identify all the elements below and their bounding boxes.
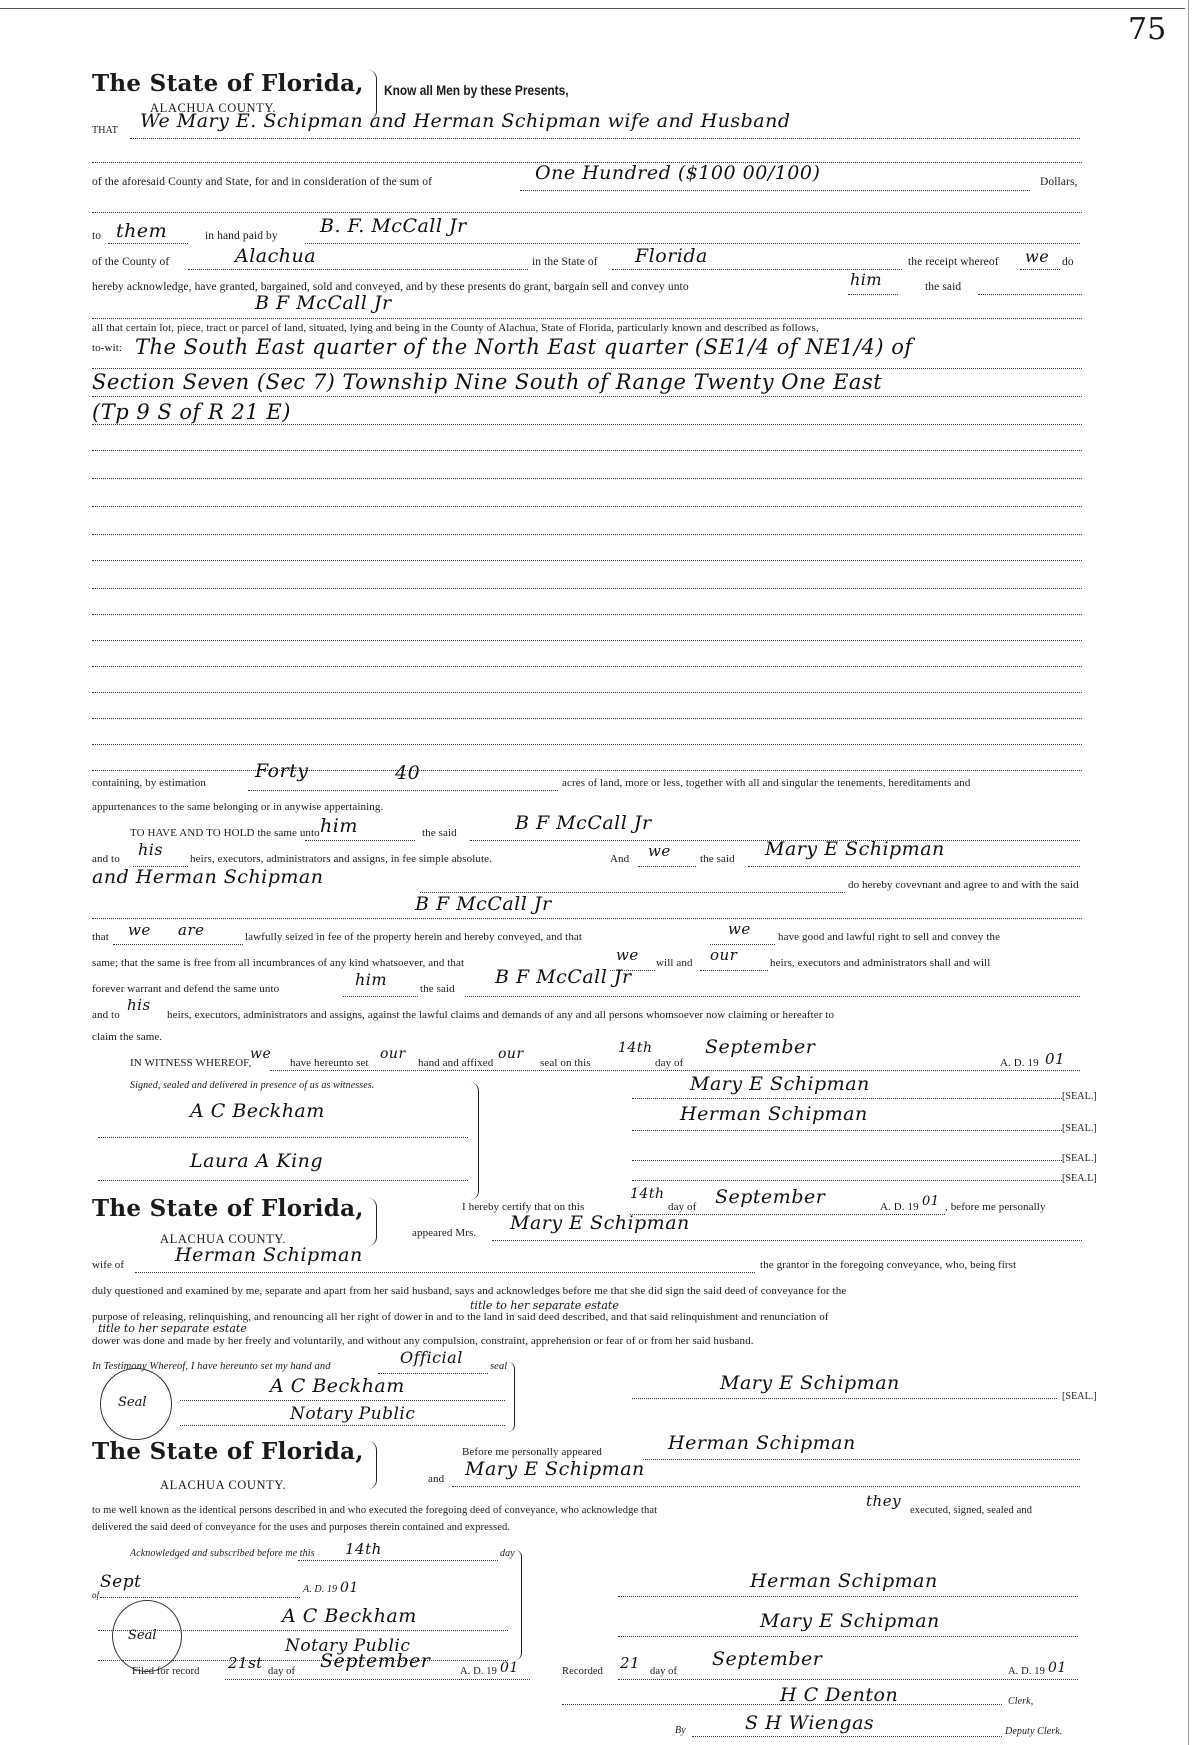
top-border xyxy=(0,8,1185,9)
seal-label-1: [SEAL.] xyxy=(1062,1091,1097,1102)
acres-line-2: appurtenances to the same belonging or i… xyxy=(92,801,383,813)
grantor-field[interactable]: We Mary E. Schipman and Herman Schipman … xyxy=(140,110,791,132)
filed-year-field[interactable]: 01 xyxy=(500,1660,519,1676)
dollars-label: Dollars, xyxy=(1040,176,1078,188)
rule xyxy=(225,1679,530,1680)
seal-on-this-label: seal on this xyxy=(540,1057,591,1069)
rule xyxy=(92,534,1082,535)
recorded-day-of: day of xyxy=(650,1666,677,1677)
recorded-label: Recorded xyxy=(562,1666,603,1677)
consideration-field[interactable]: One Hundred ($100 00/100) xyxy=(535,162,820,184)
heirs-text: heirs, executors, administrators and ass… xyxy=(190,853,492,865)
rule xyxy=(98,1660,508,1661)
land-description-line-2[interactable]: Section Seven (Sec 7) Township Nine Sout… xyxy=(92,370,882,394)
notary-sig-2[interactable]: A C Beckham xyxy=(282,1605,417,1627)
rule xyxy=(130,138,1080,139)
habendum-label: TO HAVE AND TO HOLD the same unto xyxy=(130,827,320,839)
rule xyxy=(92,450,1082,451)
warranty-his-field[interactable]: his xyxy=(127,996,151,1014)
rule xyxy=(638,866,696,867)
his-field[interactable]: his xyxy=(138,840,163,859)
warranty-line-3: forever warrant and defend the same unto xyxy=(92,983,279,995)
seal-stamp-label: Seal xyxy=(118,1395,147,1410)
wife-seal-label: [SEAL.] xyxy=(1062,1391,1097,1402)
rule xyxy=(562,1704,1002,1705)
warranty-are-field[interactable]: are xyxy=(178,921,205,939)
ack-wife-body-1: duly questioned and examined by me, sepa… xyxy=(92,1285,846,1297)
witness-day-field[interactable]: 14th xyxy=(618,1040,652,1056)
rule xyxy=(378,1373,488,1374)
unto-field[interactable]: him xyxy=(850,270,882,289)
hereunto-set-label: have hereunto set xyxy=(290,1057,369,1069)
warranty-line-4: heirs, executors, administrators and ass… xyxy=(167,1009,834,1021)
day-of-label: day of xyxy=(655,1057,683,1069)
covenant-grantee-field[interactable]: B F McCall Jr xyxy=(415,893,552,915)
the-said-label-2: the said xyxy=(700,853,735,865)
ack-both-ad: A. D. 19 xyxy=(303,1584,337,1595)
witness-our-field[interactable]: our xyxy=(380,1046,406,1062)
witness-we-field[interactable]: we xyxy=(250,1046,271,1062)
ack-both-county: ALACHUA COUNTY. xyxy=(160,1478,286,1493)
brace xyxy=(368,1441,377,1489)
warranty-line-1-end: have good and lawful right to sell and c… xyxy=(778,931,1000,943)
acres-number-field[interactable]: 40 xyxy=(395,762,420,784)
ad-label: A. D. 19 xyxy=(1000,1057,1039,1069)
warranty-said-label: the said xyxy=(420,983,455,995)
brace xyxy=(515,1550,522,1660)
recorded-month-field[interactable]: September xyxy=(712,1648,822,1670)
deed-page: 75 The State of Florida, Know all Men by… xyxy=(0,0,1200,1745)
they-field[interactable]: they xyxy=(866,1492,901,1510)
warranty-line-2-end: heirs, executors and administrators shal… xyxy=(770,957,990,969)
rule xyxy=(92,506,1082,507)
warranty-we-field[interactable]: we xyxy=(128,921,151,939)
rule xyxy=(248,790,558,791)
warranty-we3-field[interactable]: we xyxy=(616,946,639,964)
rule xyxy=(98,1180,468,1181)
we-field[interactable]: we xyxy=(648,842,671,860)
right-border xyxy=(1188,0,1189,1745)
rule xyxy=(92,368,1082,369)
land-description-line-1[interactable]: The South East quarter of the North East… xyxy=(135,335,913,359)
rule xyxy=(632,1180,1062,1181)
rule xyxy=(92,692,1082,693)
husband-field[interactable]: Herman Schipman xyxy=(175,1244,363,1266)
warranty-him-field[interactable]: him xyxy=(355,970,387,989)
notary-sig-1[interactable]: A C Beckham xyxy=(270,1375,405,1397)
habendum-said-label: the said xyxy=(422,827,457,839)
ack-both-name-2[interactable]: Mary E Schipman xyxy=(465,1458,645,1480)
rule xyxy=(92,640,1082,641)
habendum-grantee-field[interactable]: B F McCall Jr xyxy=(515,812,652,834)
by-label: By xyxy=(675,1725,686,1736)
rule xyxy=(135,1272,755,1273)
insert-2: title to her separate estate xyxy=(98,1322,247,1335)
ack-both-day-field[interactable]: 14th xyxy=(345,1540,382,1558)
to-label: to xyxy=(92,230,101,242)
rule xyxy=(270,1070,1080,1071)
state-of-label: in the State of xyxy=(532,256,598,268)
of-label: of xyxy=(92,1590,99,1600)
appeared-label: appeared Mrs. xyxy=(412,1227,476,1239)
ack-both-text-2: delivered the said deed of conveyance fo… xyxy=(92,1522,510,1533)
rule xyxy=(180,1425,505,1426)
warranty-grantee-field[interactable]: B F McCall Jr xyxy=(495,966,632,988)
rule xyxy=(710,944,775,945)
brace xyxy=(368,1198,377,1246)
rule xyxy=(113,944,243,945)
day-word: day xyxy=(500,1548,515,1559)
warranty-line-2: same; that the same is free from all inc… xyxy=(92,957,464,969)
rule xyxy=(100,1597,300,1598)
clerk-sig[interactable]: H C Denton xyxy=(780,1684,898,1706)
seal-label-2: [SEAL.] xyxy=(1062,1123,1097,1134)
grantor-text: the grantor in the foregoing conveyance,… xyxy=(760,1259,1016,1271)
notary-title-1: Notary Public xyxy=(290,1404,415,1424)
consideration-text: of the aforesaid County and State, for a… xyxy=(92,176,432,188)
filed-month-field[interactable]: September xyxy=(320,1650,430,1672)
ack-both-state-title: The State of Florida, xyxy=(92,1438,364,1465)
and-label-2: and xyxy=(428,1473,444,1485)
recorded-ad: A. D. 19 xyxy=(1008,1666,1045,1677)
ack-both-text-1a: to me well known as the identical person… xyxy=(92,1505,657,1516)
acres-prefix: containing, by estimation xyxy=(92,777,206,789)
filed-day-field[interactable]: 21st xyxy=(228,1654,263,1672)
ack-wife-month-field[interactable]: September xyxy=(715,1186,825,1208)
rule xyxy=(298,1560,498,1561)
warranty-and-to: and to xyxy=(92,1009,120,1021)
rule xyxy=(92,212,1082,213)
paid-by-label: in hand paid by xyxy=(205,230,278,242)
rule xyxy=(748,866,1080,867)
rule xyxy=(618,1679,1078,1680)
rule xyxy=(1020,269,1060,270)
ack-both-year-field[interactable]: 01 xyxy=(340,1580,359,1596)
filed-label: Filed for record xyxy=(132,1666,200,1677)
brace xyxy=(470,1082,479,1200)
seal-label-3: [SEAL.] xyxy=(1062,1153,1097,1164)
recorded-day-field[interactable]: 21 xyxy=(620,1654,640,1672)
ack-wife-name-field[interactable]: Mary E Schipman xyxy=(510,1212,690,1234)
rule xyxy=(92,588,1082,589)
ack-both-sig-2[interactable]: Mary E Schipman xyxy=(760,1610,940,1632)
to-field[interactable]: them xyxy=(116,220,167,242)
rule xyxy=(632,1130,1062,1131)
do-label: do xyxy=(1062,256,1074,268)
rule xyxy=(632,1398,1057,1399)
acres-words-field[interactable]: Forty xyxy=(255,760,309,782)
ack-wife-state-title: The State of Florida, xyxy=(92,1195,364,1222)
before-me-label: , before me personally xyxy=(945,1201,1046,1213)
know-all-heading: Know all Men by these Presents, xyxy=(384,82,569,98)
rule xyxy=(492,1240,1082,1241)
rule xyxy=(92,318,1082,319)
and-to-label: and to xyxy=(92,853,120,865)
grantor-sig-1[interactable]: Mary E Schipman xyxy=(690,1073,870,1095)
recorded-year-field[interactable]: 01 xyxy=(1048,1660,1067,1676)
official-field[interactable]: Official xyxy=(400,1348,463,1367)
rule xyxy=(180,1400,505,1401)
rule xyxy=(92,478,1082,479)
rule xyxy=(92,918,1082,919)
deputy-clerk-label: Deputy Clerk. xyxy=(1005,1726,1062,1737)
seal-word: seal xyxy=(490,1361,507,1372)
grantor-sig-2[interactable]: Herman Schipman xyxy=(680,1103,868,1125)
ack-wife-day-field[interactable]: 14th xyxy=(630,1186,664,1202)
rule xyxy=(452,1486,1080,1487)
rule xyxy=(465,996,1080,997)
rule xyxy=(305,243,1080,244)
our-field[interactable]: our xyxy=(710,946,737,964)
covenant-text: do hereby covevnant and agree to and wit… xyxy=(848,879,1079,891)
witness-sig-2[interactable]: Laura A King xyxy=(190,1150,323,1172)
witness-label: IN WITNESS WHEREOF, xyxy=(130,1057,251,1069)
warranty-line-1: lawfully seized in fee of the property h… xyxy=(245,931,582,943)
rule xyxy=(98,1137,468,1138)
county-of-label: of the County of xyxy=(92,256,169,268)
witness-our2-field[interactable]: our xyxy=(498,1046,524,1062)
ack-both-name-1[interactable]: Herman Schipman xyxy=(668,1432,856,1454)
state-title: The State of Florida, xyxy=(92,70,364,97)
rule xyxy=(978,294,1082,295)
ack-wife-body-3: dower was done and made by her freely an… xyxy=(92,1335,754,1347)
the-said-label: the said xyxy=(925,281,961,293)
rule xyxy=(98,1630,508,1631)
rule xyxy=(108,243,188,244)
grantors-field-1[interactable]: Mary E Schipman xyxy=(765,838,945,860)
rule xyxy=(618,1636,1078,1637)
rule xyxy=(92,718,1082,719)
rule xyxy=(92,666,1082,667)
rule xyxy=(305,840,415,841)
page-number: 75 xyxy=(1128,12,1166,47)
witness-year-field[interactable]: 01 xyxy=(1045,1050,1065,1068)
to-wit-label: to-wit: xyxy=(92,342,122,354)
wife-of-label: wife of xyxy=(92,1259,124,1271)
and-label: And xyxy=(610,853,629,865)
wife-sig[interactable]: Mary E Schipman xyxy=(720,1372,900,1394)
rule xyxy=(92,396,1082,397)
warranty-line-5: claim the same. xyxy=(92,1031,162,1043)
deputy-sig[interactable]: S H Wiengas xyxy=(745,1712,874,1734)
rule xyxy=(692,1736,1002,1737)
seal-label-4: [SEA.L] xyxy=(1062,1173,1097,1184)
filed-day-of: day of xyxy=(268,1666,295,1677)
signed-note: Signed, sealed and delivered in presence… xyxy=(130,1080,374,1091)
rule xyxy=(92,744,1082,745)
acres-suffix: acres of land, more or less, together wi… xyxy=(562,777,970,789)
rule xyxy=(92,424,1082,425)
land-description-line-3[interactable]: (Tp 9 S of R 21 E) xyxy=(92,400,291,424)
paid-by-field[interactable]: B. F. McCall Jr xyxy=(320,215,467,237)
rule xyxy=(343,996,418,997)
will-and-label: will and xyxy=(656,957,693,969)
rule xyxy=(700,970,768,971)
rule xyxy=(632,1160,1062,1161)
clerk-label: Clerk, xyxy=(1008,1696,1033,1707)
ack-both-month-field[interactable]: Sept xyxy=(100,1572,141,1592)
ack-both-sig-1[interactable]: Herman Schipman xyxy=(750,1570,938,1592)
rule xyxy=(92,770,1082,771)
ack-wife-ad: A. D. 19 xyxy=(880,1201,919,1213)
rule xyxy=(618,1596,1078,1597)
rule xyxy=(643,1459,1080,1460)
habendum-unto-field[interactable]: him xyxy=(320,815,358,837)
witness-sig-1[interactable]: A C Beckham xyxy=(190,1100,325,1122)
land-text: all that certain lot, piece, tract or pa… xyxy=(92,322,819,334)
receipt-label: the receipt whereof xyxy=(908,256,999,268)
ack-wife-year-field[interactable]: 01 xyxy=(922,1194,940,1209)
that-label: THAT xyxy=(92,125,118,136)
rule xyxy=(848,294,898,295)
acknowledged-label: Acknowledged and subscribed before me th… xyxy=(130,1548,315,1559)
witness-month-field[interactable]: September xyxy=(705,1036,815,1058)
ack-both-text-1b: executed, signed, sealed and xyxy=(910,1505,1032,1516)
rule xyxy=(92,560,1082,561)
hand-affixed-label: hand and affixed xyxy=(418,1057,493,1069)
warranty-that: that xyxy=(92,931,109,943)
receipt-field[interactable]: we xyxy=(1025,247,1049,266)
rule xyxy=(92,614,1082,615)
county-field[interactable]: Alachua xyxy=(235,245,316,267)
before-me-appeared: Before me personally appeared xyxy=(462,1446,602,1458)
rule xyxy=(632,1098,1062,1099)
filed-ad: A. D. 19 xyxy=(460,1666,497,1677)
warranty-we2-field[interactable]: we xyxy=(728,920,751,938)
rule xyxy=(520,190,1030,191)
brace xyxy=(508,1362,515,1432)
state-field[interactable]: Florida xyxy=(635,245,708,267)
grantors-field-2[interactable]: and Herman Schipman xyxy=(92,866,324,888)
grantee-field[interactable]: B F McCall Jr xyxy=(255,292,392,314)
rule xyxy=(188,269,528,270)
